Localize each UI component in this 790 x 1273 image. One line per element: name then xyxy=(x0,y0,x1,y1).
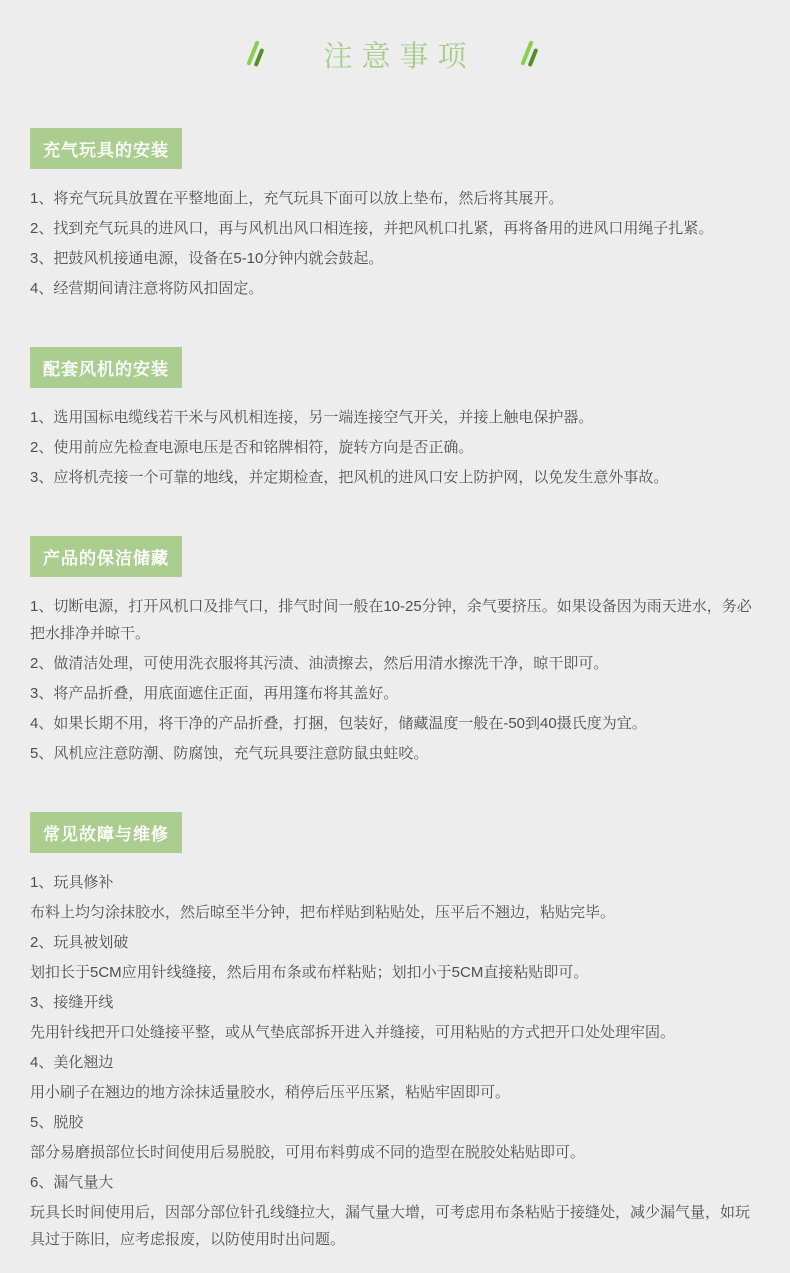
section-heading-blower-install: 配套风机的安装 xyxy=(30,347,182,388)
note-line: 4、经营期间请注意将防风扣固定。 xyxy=(30,275,760,302)
note-line: 布料上均匀涂抹胶水，然后晾至半分钟，把布样贴到粘贴处，压平后不翘边，粘贴完毕。 xyxy=(30,899,760,926)
page-title-row: 注意事项 xyxy=(30,34,760,74)
note-line: 5、风机应注意防潮、防腐蚀，充气玩具要注意防鼠虫蛀咬。 xyxy=(30,740,760,767)
note-line: 4、美化翘边 xyxy=(30,1049,760,1076)
note-line: 用小刷子在翘边的地方涂抹适量胶水，稍停后压平压紧，粘贴牢固即可。 xyxy=(30,1079,760,1106)
note-line: 1、切断电源，打开风机口及排气口，排气时间一般在10-25分钟，余气要挤压。如果… xyxy=(30,593,760,647)
precautions-page: 注意事项 充气玩具的安装 1、将充气玩具放置在平整地面上，充气玩具下面可以放上垫… xyxy=(0,0,790,1273)
section-heading-inflatable-toy-install: 充气玩具的安装 xyxy=(30,128,182,169)
note-line: 划扣长于5CM应用针线缝接，然后用布条或布样粘贴；划扣小于5CM直接粘贴即可。 xyxy=(30,959,760,986)
note-line: 先用针线把开口处缝接平整，或从气垫底部拆开进入并缝接，可用粘贴的方式把开口处处理… xyxy=(30,1019,760,1046)
note-line: 3、将产品折叠，用底面遮住正面，再用篷布将其盖好。 xyxy=(30,680,760,707)
note-line: 2、做清洁处理，可使用洗衣服将其污渍、油渍擦去，然后用清水擦洗干净，晾干即可。 xyxy=(30,650,760,677)
note-line: 玩具长时间使用后，因部分部位针孔线缝拉大，漏气量大增，可考虑用布条粘贴于接缝处，… xyxy=(30,1199,760,1253)
note-line: 3、应将机壳接一个可靠的地线，并定期检查，把风机的进风口安上防护网，以免发生意外… xyxy=(30,464,760,491)
section-body-cleaning-storage: 1、切断电源，打开风机口及排气口，排气时间一般在10-25分钟，余气要挤压。如果… xyxy=(30,593,760,767)
note-line: 4、如果长期不用，将干净的产品折叠，打捆，包装好，储藏温度一般在-50到40摄氏… xyxy=(30,710,760,737)
page-title: 注意事项 xyxy=(314,34,475,75)
note-line: 2、找到充气玩具的进风口，再与风机出风口相连接，并把风机口扎紧，再将备用的进风口… xyxy=(30,215,760,242)
slash-decoration-left-icon xyxy=(242,39,274,69)
section-body-inflatable-toy-install: 1、将充气玩具放置在平整地面上，充气玩具下面可以放上垫布，然后将其展开。 2、找… xyxy=(30,185,760,302)
section-body-faults-maintenance: 1、玩具修补 布料上均匀涂抹胶水，然后晾至半分钟，把布样贴到粘贴处，压平后不翘边… xyxy=(30,869,760,1253)
section-heading-cleaning-storage: 产品的保洁储藏 xyxy=(30,536,182,577)
note-line: 1、玩具修补 xyxy=(30,869,760,896)
note-line: 2、玩具被划破 xyxy=(30,929,760,956)
note-line: 1、将充气玩具放置在平整地面上，充气玩具下面可以放上垫布，然后将其展开。 xyxy=(30,185,760,212)
note-line: 1、选用国标电缆线若干米与风机相连接，另一端连接空气开关，并接上触电保护器。 xyxy=(30,404,760,431)
note-line: 2、使用前应先检查电源电压是否和铭牌相符，旋转方向是否正确。 xyxy=(30,434,760,461)
note-line: 5、脱胶 xyxy=(30,1109,760,1136)
note-line: 6、漏气量大 xyxy=(30,1169,760,1196)
note-line: 3、把鼓风机接通电源，设备在5-10分钟内就会鼓起。 xyxy=(30,245,760,272)
section-body-blower-install: 1、选用国标电缆线若干米与风机相连接，另一端连接空气开关，并接上触电保护器。 2… xyxy=(30,404,760,491)
note-line: 部分易磨损部位长时间使用后易脱胶，可用布料剪成不同的造型在脱胶处粘贴即可。 xyxy=(30,1139,760,1166)
slash-decoration-right-icon xyxy=(516,39,548,69)
note-line: 3、接缝开线 xyxy=(30,989,760,1016)
section-heading-faults-maintenance: 常见故障与维修 xyxy=(30,812,182,853)
